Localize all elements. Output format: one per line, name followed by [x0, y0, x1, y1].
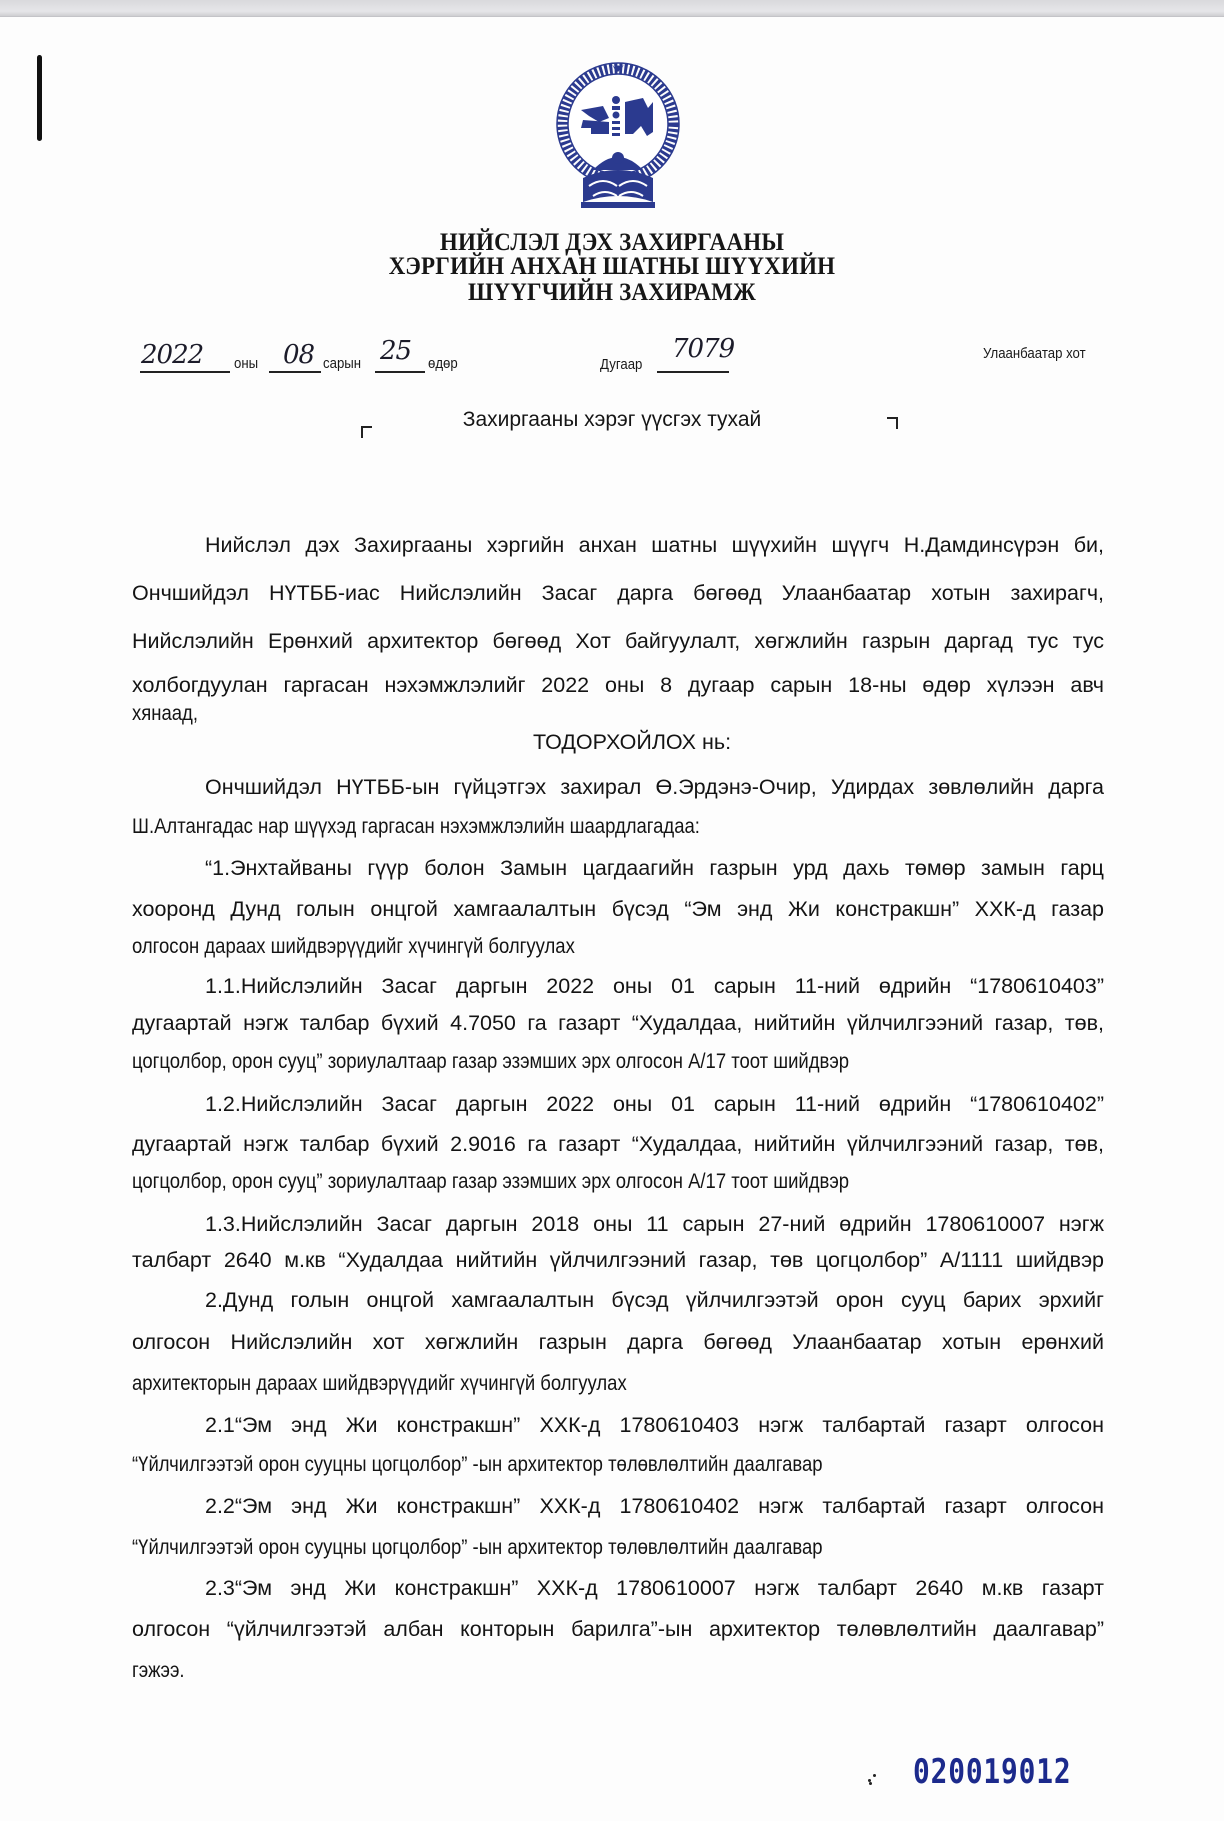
month-underline — [269, 371, 321, 373]
body-text-line: 2.1“Эм энд Жи констракшн” ХХК-д 17806104… — [205, 1412, 1104, 1438]
body-text-line: дугаартай нэгж талбар бүхий 4.7050 га га… — [132, 1010, 1104, 1036]
body-text-line: олгосон “үйлчилгээтэй албан конторын бар… — [132, 1616, 1104, 1642]
body-text-line: “Үйлчилгээтэй орон сууцны цогцолбор” -ын… — [132, 1451, 823, 1477]
body-text-line: талбарт 2640 м.кв “Худалдаа нийтийн үйлч… — [132, 1247, 1104, 1273]
body-text-line: Ончшийдэл НҮТББ-иас Нийслэлийн Засаг дар… — [132, 580, 1104, 606]
body-text-line: дугаартай нэгж талбар бүхий 2.9016 га га… — [132, 1131, 1104, 1157]
body-text-line: “1.Энхтайваны гүүр болон Замын цагдаагий… — [205, 855, 1104, 881]
number-label: Дугаар — [600, 356, 642, 373]
decree-number: 7079 — [672, 334, 734, 364]
date-day: 25 — [380, 336, 411, 366]
number-underline — [657, 371, 729, 373]
day-label: өдөр — [428, 355, 458, 372]
date-month: 08 — [283, 340, 314, 370]
viewer-top-bar — [0, 0, 1224, 17]
body-text-line: цогцолбор, орон сууц” зориулалтаар газар… — [132, 1048, 849, 1074]
serial-number-stamp: 020019012 — [913, 1752, 1071, 1792]
body-text-line: холбогдуулан гаргасан нэхэмжлэлийг 2022 … — [132, 672, 1104, 698]
heading-line-3: ШҮҮГЧИЙН ЗАХИРАМЖ — [49, 279, 1175, 307]
body-text-line: Нийслэл дэх Захиргааны хэргийн анхан шат… — [205, 532, 1104, 558]
body-text-line: хянаад, — [132, 700, 198, 726]
body-text-line: 1.1.Нийслэлийн Засаг даргын 2022 оны 01 … — [205, 973, 1104, 999]
section-heading: ТОДОРХОЙЛОХ нь: — [20, 730, 1224, 755]
body-text-line: 2.Дунд голын онцгой хамгаалалтын бүсэд ү… — [205, 1287, 1104, 1313]
body-text-line: 1.3.Нийслэлийн Засаг даргын 2018 оны 11 … — [205, 1211, 1104, 1237]
body-text-line: хооронд Дунд голын онцгой хамгаалалтын б… — [132, 896, 1104, 922]
body-text-line: “Үйлчилгээтэй орон сууцны цогцолбор” -ын… — [132, 1534, 823, 1560]
body-text-line: цогцолбор, орон сууц” зориулалтаар газар… — [132, 1168, 849, 1194]
state-emblem-icon — [553, 62, 683, 218]
year-label: оны — [234, 355, 258, 372]
day-underline — [375, 371, 425, 373]
date-number-row: 2022 оны 08 сарын 25 өдөр Дугаар 7079 Ул… — [0, 338, 1224, 378]
left-margin-bracket-mark — [37, 55, 42, 141]
stamp-dots — [868, 1771, 878, 1785]
subject-title: Захиргааны хэрэг үүсгэх тухай — [0, 408, 1224, 432]
body-text-line: гэжээ. — [132, 1657, 185, 1683]
body-text-line: олгосон дараах шийдвэрүүдийг хүчингүй бо… — [132, 933, 575, 959]
body-text-line: олгосон Нийслэлийн хот хөгжлийн газрын д… — [132, 1329, 1104, 1355]
month-label: сарын — [323, 355, 361, 372]
body-text-line: Нийслэлийн Ерөнхий архитектор бөгөөд Хот… — [132, 628, 1104, 654]
heading-line-2: ХЭРГИЙН АНХАН ШАТНЫ ШҮҮХИЙН — [49, 253, 1175, 281]
date-year: 2022 — [141, 340, 203, 370]
body-text-line: 2.3“Эм энд Жи констракшн” ХХК-д 17806100… — [205, 1575, 1104, 1601]
body-text-line: 1.2.Нийслэлийн Засаг даргын 2022 оны 01 … — [205, 1091, 1104, 1117]
body-text-line: Ш.Алтангадас нар шүүхэд гаргасан нэхэмжл… — [132, 813, 700, 839]
body-text-line: архитекторын дараах шийдвэрүүдийг хүчинг… — [132, 1370, 627, 1396]
body-text-line: Ончшийдэл НҮТББ-ын гүйцэтгэх захирал Ө.Э… — [205, 774, 1104, 800]
year-underline — [140, 371, 230, 373]
city-label: Улаанбаатар хот — [983, 345, 1086, 362]
body-text-line: 2.2“Эм энд Жи констракшн” ХХК-д 17806104… — [205, 1493, 1104, 1519]
